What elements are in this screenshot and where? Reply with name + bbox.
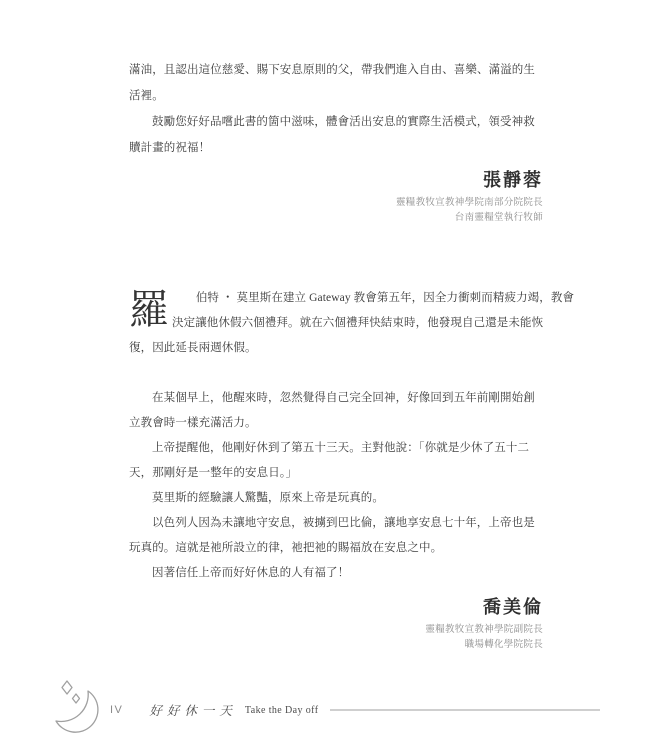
footer-rule-line xyxy=(330,709,600,711)
page-content: 滿油，且認出這位慈愛、賜下安息原則的父，帶我們進入自由、喜樂、滿溢的生 活裡。 … xyxy=(129,0,529,652)
paragraph: 因著信任上帝而好好休息的人有福了！ xyxy=(129,561,529,586)
paragraph: 滿油，且認出這位慈愛、賜下安息原則的父，帶我們進入自由、喜樂、滿溢的生 活裡。 xyxy=(129,57,529,109)
author-title: 台南靈糧堂執行牧師 xyxy=(129,211,543,226)
footer-row: IV 好好休一天 Take the Day off xyxy=(110,701,600,719)
dropcap-character: 羅 xyxy=(129,286,167,336)
paragraph: 在某個早上，他醒來時，忽然覺得自己完全回神，好像回到五年前剛開始創 立教會時一樣… xyxy=(129,386,529,436)
author-title: 職場轉化學院院長 xyxy=(129,638,543,653)
paragraph-text: 伯特 ・ 莫里斯在建立 Gateway 教會第五年，因全力衝刺而精疲力竭，教會 … xyxy=(129,292,574,354)
endorsement-author-block: 張靜蓉 靈糧教牧宣教神學院南部分院院長 台南靈糧堂執行牧師 xyxy=(129,168,543,225)
endorsement-section: 羅伯特 ・ 莫里斯在建立 Gateway 教會第五年，因全力衝刺而精疲力竭，教會… xyxy=(129,261,529,652)
sparkle-star-small xyxy=(73,694,80,703)
paragraph: 上帝提醒他，他剛好休到了第五十三天。主對他說：「你就是少休了五十二 天，那剛好是… xyxy=(129,436,529,486)
book-title-english: Take the Day off xyxy=(245,705,319,716)
author-title: 靈糧教牧宣教神學院南部分院院長 xyxy=(129,196,543,211)
paragraph-with-dropcap: 羅伯特 ・ 莫里斯在建立 Gateway 教會第五年，因全力衝刺而精疲力竭，教會… xyxy=(129,261,529,386)
author-title: 靈糧教牧宣教神學院副院長 xyxy=(129,623,543,638)
page-number: IV xyxy=(110,704,123,716)
endorsement-author-block: 喬美倫 靈糧教牧宣教神學院副院長 職場轉化學院院長 xyxy=(129,595,543,652)
book-title-chinese: 好好休一天 xyxy=(149,701,237,719)
paragraph: 莫里斯的經驗讓人驚豔，原來上帝是玩真的。 xyxy=(129,486,529,511)
paragraph: 鼓勵您好好品嚐此書的箇中滋味，體會活出安息的實際生活模式，領受神救 贖計畫的祝福… xyxy=(129,109,529,161)
paragraph: 以色列人因為未讓地守安息，被擄到巴比倫，讓地享安息七十年，上帝也是 玩真的。這就… xyxy=(129,511,529,561)
author-name: 張靜蓉 xyxy=(129,168,543,192)
crescent-moon-icon xyxy=(48,670,106,740)
page-footer: IV 好好休一天 Take the Day off xyxy=(0,668,650,750)
author-name: 喬美倫 xyxy=(129,595,543,619)
crescent-shape xyxy=(56,691,98,732)
book-page: 滿油，且認出這位慈愛、賜下安息原則的父，帶我們進入自由、喜樂、滿溢的生 活裡。 … xyxy=(0,0,650,750)
sparkle-star-large xyxy=(62,681,72,694)
